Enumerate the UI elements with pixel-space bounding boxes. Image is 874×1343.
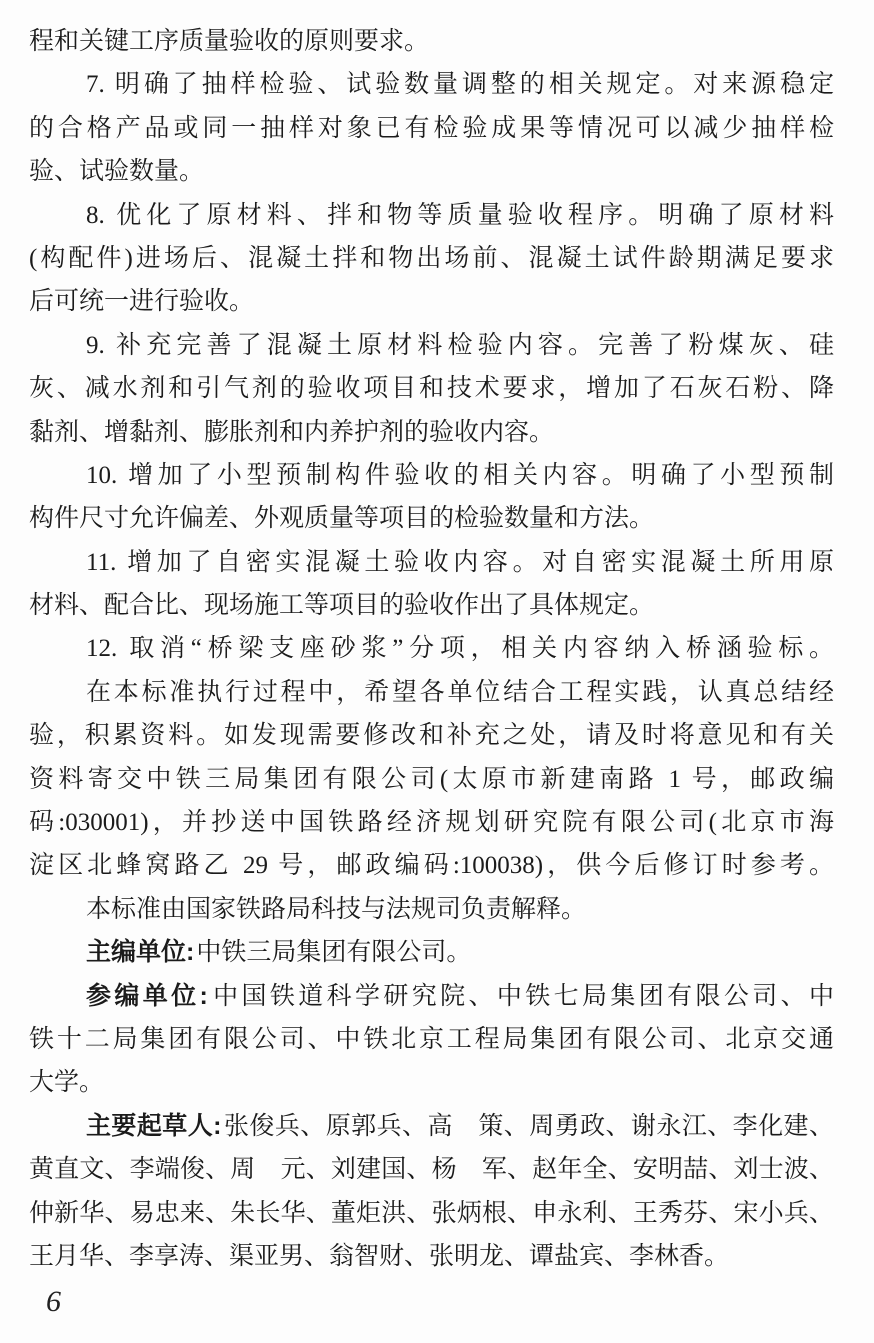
text-line-item-7: 7. 明确了抽样检验、试验数量调整的相关规定。对来源稳定 xyxy=(29,63,834,106)
text-line: (构配件)进场后、混凝土拌和物出场前、混凝土试件龄期满足要求 xyxy=(29,237,834,280)
drafters-value: 张俊兵、原郭兵、高 策、周勇政、谢永江、李化建、 xyxy=(224,1113,834,1140)
text-line: 材料、配合比、现场施工等项目的验收作出了具体规定。 xyxy=(29,584,834,627)
text-line-chief-editor: 主编单位:中铁三局集团有限公司。 xyxy=(29,931,834,974)
co-editors-label: 参编单位: xyxy=(86,982,208,1010)
page-number: 6 xyxy=(46,1280,61,1324)
text-line: 黏剂、增黏剂、膨胀剂和内养护剂的验收内容。 xyxy=(29,411,834,454)
text-line-co-editors: 参编单位:中国铁道科学研究院、中铁七局集团有限公司、中 xyxy=(29,975,834,1018)
text-line: 黄直文、李端俊、周 元、刘建国、杨 军、赵年全、安明喆、刘士波、 xyxy=(29,1148,834,1191)
text-line-item-12: 12. 取消“桥梁支座砂浆”分项，相关内容纳入桥涵验标。 xyxy=(29,627,834,670)
text-line-drafters: 主要起草人:张俊兵、原郭兵、高 策、周勇政、谢永江、李化建、 xyxy=(29,1105,834,1148)
text-block: 程和关键工序质量验收的原则要求。 7. 明确了抽样检验、试验数量调整的相关规定。… xyxy=(29,20,834,1278)
text-line: 资料寄交中铁三局集团有限公司(太原市新建南路 1 号，邮政编 xyxy=(29,758,834,801)
text-line: 铁十二局集团有限公司、中铁北京工程局集团有限公司、北京交通 xyxy=(29,1018,834,1061)
text-line: 大学。 xyxy=(29,1061,834,1104)
drafters-label: 主要起草人: xyxy=(86,1112,222,1140)
text-line: 灰、减水剂和引气剂的验收项目和技术要求，增加了石灰石粉、降 xyxy=(29,367,834,410)
text-line: 码:030001)，并抄送中国铁路经济规划研究院有限公司(北京市海 xyxy=(29,801,834,844)
text-line: 王月华、李享涛、渠亚男、翁智财、张明龙、谭盐宾、李林香。 xyxy=(29,1235,834,1278)
document-page: 程和关键工序质量验收的原则要求。 7. 明确了抽样检验、试验数量调整的相关规定。… xyxy=(0,0,874,1343)
text-line-item-9: 9. 补充完善了混凝土原材料检验内容。完善了粉煤灰、硅 xyxy=(29,324,834,367)
co-editors-value: 中国铁道科学研究院、中铁七局集团有限公司、中 xyxy=(210,983,834,1010)
chief-editor-label: 主编单位: xyxy=(86,938,194,966)
text-line: 后可统一进行验收。 xyxy=(29,280,834,323)
text-line: 程和关键工序质量验收的原则要求。 xyxy=(29,20,834,63)
chief-editor-value: 中铁三局集团有限公司。 xyxy=(196,939,471,966)
text-line: 构件尺寸允许偏差、外观质量等项目的检验数量和方法。 xyxy=(29,497,834,540)
text-line-item-10: 10. 增加了小型预制构件验收的相关内容。明确了小型预制 xyxy=(29,454,834,497)
text-line-item-8: 8. 优化了原材料、拌和物等质量验收程序。明确了原材料 xyxy=(29,194,834,237)
text-line: 淀区北蜂窝路乙 29 号，邮政编码:100038)，供今后修订时参考。 xyxy=(29,844,834,887)
text-line: 本标准由国家铁路局科技与法规司负责解释。 xyxy=(29,888,834,931)
text-line-item-11: 11. 增加了自密实混凝土验收内容。对自密实混凝土所用原 xyxy=(29,541,834,584)
text-line: 仲新华、易忠来、朱长华、董炬洪、张炳根、申永利、王秀芬、宋小兵、 xyxy=(29,1192,834,1235)
text-line: 的合格产品或同一抽样对象已有检验成果等情况可以减少抽样检 xyxy=(29,107,834,150)
text-line: 验、试验数量。 xyxy=(29,150,834,193)
text-line: 在本标准执行过程中，希望各单位结合工程实践，认真总结经 xyxy=(29,671,834,714)
text-line: 验，积累资料。如发现需要修改和补充之处，请及时将意见和有关 xyxy=(29,714,834,757)
